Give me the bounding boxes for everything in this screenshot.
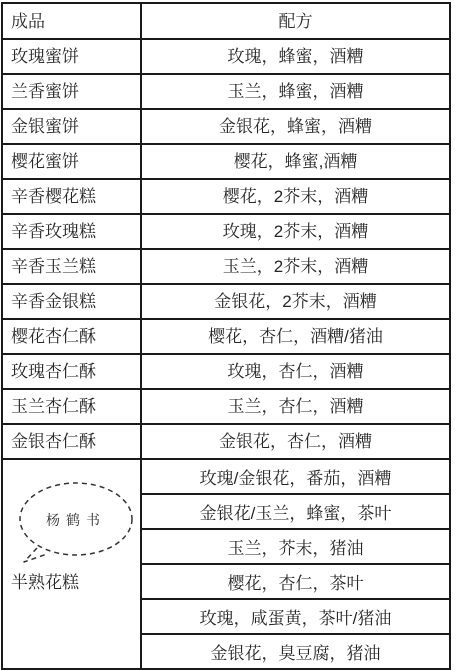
recipe-table-screenshot: 成品 配方 玫瑰蜜饼 玫瑰，蜂蜜，酒糟 兰香蜜饼 玉兰，蜂蜜，酒糟 金银蜜饼 金… <box>0 0 456 670</box>
recipe-cell: 玫瑰，咸蛋黄，茶叶/猪油 <box>142 600 449 635</box>
product-cell: 辛香玫瑰糕 <box>3 215 142 248</box>
recipe-cell: 金银花，蜂蜜，酒糟 <box>142 110 449 143</box>
product-cell: 玉兰杏仁酥 <box>3 390 142 423</box>
product-cell: 金银蜜饼 <box>3 110 142 143</box>
product-cell: 辛香樱花糕 <box>3 180 142 213</box>
table-row: 玉兰杏仁酥 玉兰，杏仁，酒糟 <box>3 390 449 425</box>
recipe-cell: 樱花，蜂蜜,酒糟 <box>142 145 449 178</box>
product-cell: 玫瑰蜜饼 <box>3 40 142 73</box>
table-row: 金银蜜饼 金银花，蜂蜜，酒糟 <box>3 110 449 145</box>
table-row: 兰香蜜饼 玉兰，蜂蜜，酒糟 <box>3 75 449 110</box>
table-row: 金银杏仁酥 金银花，杏仁，酒糟 <box>3 425 449 460</box>
product-cell: 辛香玉兰糕 <box>3 250 142 283</box>
recipe-cell: 金银花，杏仁，酒糟 <box>142 425 449 458</box>
bubble-note: 杨鹤书 <box>46 512 106 528</box>
product-cell: 兰香蜜饼 <box>3 75 142 108</box>
recipe-cell: 玉兰，2芥末，酒糟 <box>142 250 449 283</box>
recipe-cell: 金银花，2芥末，酒糟 <box>142 285 449 318</box>
recipe-cell: 金银花，臭豆腐，猪油 <box>142 635 449 668</box>
header-recipe: 配方 <box>142 4 449 38</box>
product-cell: 辛香金银糕 <box>3 285 142 318</box>
recipe-cell: 玫瑰，蜂蜜，酒糟 <box>142 40 449 73</box>
table-row: 辛香金银糕 金银花，2芥末，酒糟 <box>3 285 449 320</box>
recipe-cell: 玫瑰/金银花，番茄，酒糟 <box>142 460 449 495</box>
recipe-cell: 玫瑰，杏仁，酒糟 <box>142 355 449 388</box>
table-row: 玫瑰杏仁酥 玫瑰，杏仁，酒糟 <box>3 355 449 390</box>
recipe-cell: 玫瑰，2芥末，酒糟 <box>142 215 449 248</box>
table-row: 辛香玉兰糕 玉兰，2芥末，酒糟 <box>3 250 449 285</box>
header-product: 成品 <box>3 4 142 38</box>
recipe-cell: 樱花，杏仁，酒糟/猪油 <box>142 320 449 353</box>
merged-product-label: 半熟花糕 <box>11 568 79 593</box>
recipe-cell: 玉兰，杏仁，酒糟 <box>142 390 449 423</box>
merged-product-cell: 杨鹤书 半熟花糕 <box>3 460 142 668</box>
speech-bubble-tail <box>24 548 47 562</box>
recipe-cell: 玉兰，芥末，猪油 <box>142 530 449 565</box>
recipe-cell: 樱花，2芥末，酒糟 <box>142 180 449 213</box>
recipe-cell: 樱花，杏仁，茶叶 <box>142 565 449 600</box>
table-header-row: 成品 配方 <box>3 4 449 40</box>
table-row: 樱花蜜饼 樱花，蜂蜜,酒糟 <box>3 145 449 180</box>
table-row: 樱花杏仁酥 樱花，杏仁，酒糟/猪油 <box>3 320 449 355</box>
product-cell: 金银杏仁酥 <box>3 425 142 458</box>
recipe-table: 成品 配方 玫瑰蜜饼 玫瑰，蜂蜜，酒糟 兰香蜜饼 玉兰，蜂蜜，酒糟 金银蜜饼 金… <box>1 2 451 670</box>
table-row: 辛香樱花糕 樱花，2芥末，酒糟 <box>3 180 449 215</box>
recipe-cell: 金银花/玉兰，蜂蜜，茶叶 <box>142 495 449 530</box>
product-cell: 樱花蜜饼 <box>3 145 142 178</box>
merged-recipes-column: 玫瑰/金银花，番茄，酒糟 金银花/玉兰，蜂蜜，茶叶 玉兰，芥末，猪油 樱花，杏仁… <box>142 460 449 668</box>
product-cell: 樱花杏仁酥 <box>3 320 142 353</box>
table-row: 玫瑰蜜饼 玫瑰，蜂蜜，酒糟 <box>3 40 449 75</box>
recipe-cell: 玉兰，蜂蜜，酒糟 <box>142 75 449 108</box>
speech-bubble-annotation: 杨鹤书 <box>3 460 142 668</box>
merged-product-section: 杨鹤书 半熟花糕 玫瑰/金银花，番茄，酒糟 金银花/玉兰，蜂蜜，茶叶 玉兰，芥末… <box>3 460 449 668</box>
product-cell: 玫瑰杏仁酥 <box>3 355 142 388</box>
table-row: 辛香玫瑰糕 玫瑰，2芥末，酒糟 <box>3 215 449 250</box>
